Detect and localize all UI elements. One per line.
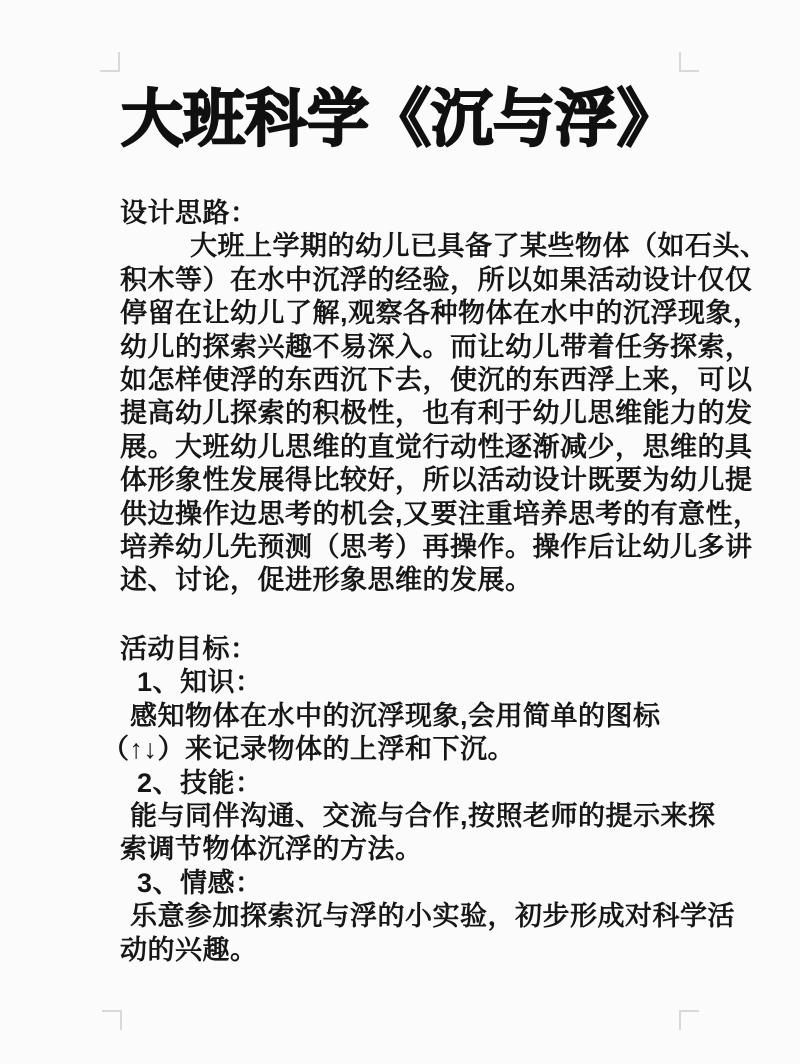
text-line: 大班上学期的幼儿已具备了某些物体（如石头、 [120, 230, 700, 263]
text-line: 培养幼儿先预测（思考）再操作。操作后让幼儿多讲 [120, 531, 700, 564]
crop-mark-top-right-icon [679, 52, 699, 72]
text-line: 停留在让幼儿了解,观察各种物体在水中的沉浮现象， [120, 297, 700, 330]
text-line: 展。大班幼儿思维的直觉行动性逐渐减少，思维的具 [120, 431, 700, 464]
document-page: 大班科学《沉与浮》 设计思路： 大班上学期的幼儿已具备了某些物体（如石头、 积木… [0, 0, 800, 1064]
goal-item-knowledge-heading: 1、知识： [120, 666, 700, 699]
text-line: 如怎样使浮的东西沉下去，使沉的东西浮上来，可以 [120, 364, 700, 397]
text-line: 动的兴趣。 [120, 934, 700, 967]
text-line: 体形象性发展得比较好，所以活动设计既要为幼儿提 [120, 464, 700, 497]
section-goals: 活动目标： 1、知识： 感知物体在水中的沉浮现象,会用简单的图标 （↑↓）来记录… [120, 633, 700, 967]
text-line: 述、讨论，促进形象思维的发展。 [120, 564, 700, 597]
goal-item-skill-heading: 2、技能： [120, 767, 700, 800]
text-line: 积木等）在水中沉浮的经验，所以如果活动设计仅仅 [120, 264, 700, 297]
section-design: 设计思路： 大班上学期的幼儿已具备了某些物体（如石头、 积木等）在水中沉浮的经验… [120, 197, 700, 598]
text-line: 供边操作边思考的机会,又要注重培养思考的有意性， [120, 498, 700, 531]
goal-item-emotion-heading: 3、情感： [120, 867, 700, 900]
page-title: 大班科学《沉与浮》 [0, 82, 800, 158]
crop-mark-top-left-icon [100, 52, 120, 72]
text-line: 乐意参加探索沉与浮的小实验，初步形成对科学活 [120, 900, 700, 933]
crop-mark-bottom-right-icon [679, 1010, 699, 1030]
crop-mark-bottom-left-icon [102, 1010, 122, 1030]
text-line: 索调节物体沉浮的方法。 [120, 833, 700, 866]
text-line: 感知物体在水中的沉浮现象,会用简单的图标 [120, 700, 700, 733]
text-line: 能与同伴沟通、交流与合作,按照老师的提示来探 [120, 800, 700, 833]
text-line: 幼儿的探索兴趣不易深入。而让幼儿带着任务探索， [120, 331, 700, 364]
design-heading: 设计思路： [120, 197, 700, 230]
text-line: （↑↓）来记录物体的上浮和下沉。 [102, 733, 700, 766]
goals-heading: 活动目标： [120, 633, 700, 666]
text-line: 提高幼儿探索的积极性，也有利于幼儿思维能力的发 [120, 397, 700, 430]
